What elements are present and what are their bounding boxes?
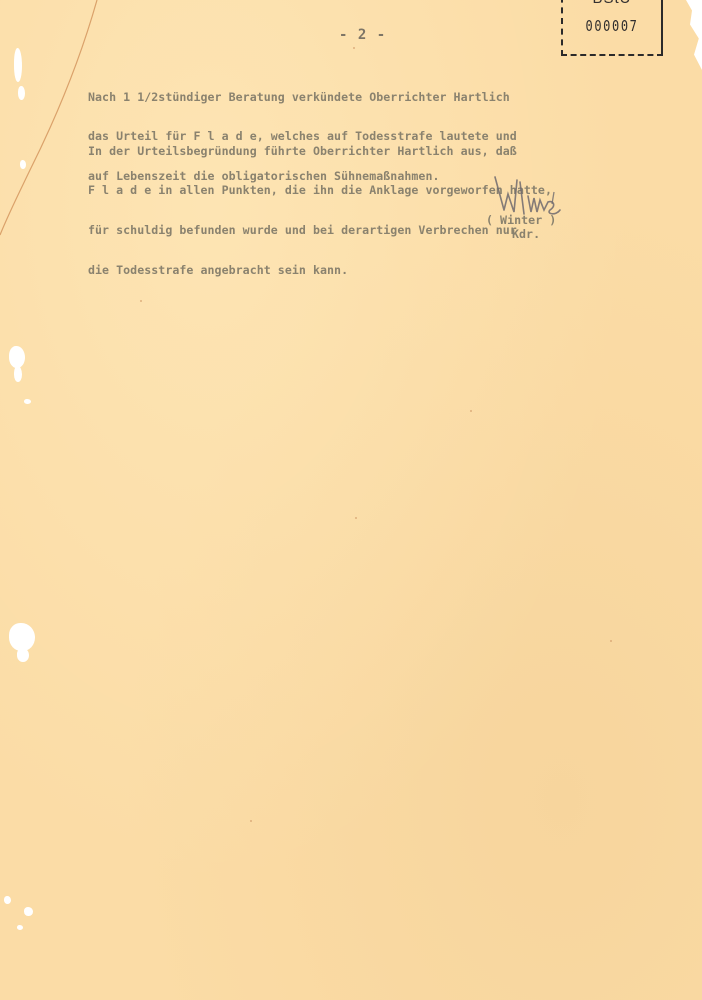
- text-line: für schuldig befunden wurde und bei dera…: [88, 224, 552, 237]
- text-line: die Todesstrafe angebracht sein kann.: [88, 264, 552, 277]
- punch-hole: [24, 907, 33, 916]
- punch-hole: [9, 346, 25, 368]
- text-line: In der Urteilsbegründung führte Oberrich…: [88, 145, 552, 158]
- punch-hole: [14, 366, 22, 382]
- paper-speck: [470, 410, 472, 412]
- punch-hole: [17, 925, 23, 930]
- stamp-number: 000007: [573, 17, 651, 35]
- signatory-name: ( Winter ): [486, 214, 556, 227]
- paper-speck: [140, 300, 142, 302]
- torn-corner: [662, 0, 702, 70]
- punch-hole: [14, 48, 22, 82]
- archive-stamp: BStU 000007: [561, 0, 663, 56]
- punch-hole: [9, 623, 35, 651]
- document-page: BStU 000007 - 2 - Nach 1 1/2stündiger Be…: [0, 0, 702, 1000]
- punch-hole: [18, 86, 25, 100]
- punch-hole: [24, 399, 31, 404]
- paper-speck: [610, 640, 612, 642]
- punch-hole: [20, 160, 26, 169]
- paper-speck: [353, 47, 355, 49]
- paragraph-reasoning: In der Urteilsbegründung führte Oberrich…: [88, 118, 552, 304]
- punch-hole: [17, 648, 29, 662]
- text-line: Nach 1 1/2stündiger Beratung verkündete …: [88, 91, 517, 104]
- page-number: - 2 -: [339, 27, 386, 43]
- signatory-title: Kdr.: [512, 228, 540, 241]
- text-line: F l a d e in allen Punkten, die ihn die …: [88, 184, 552, 197]
- stamp-label: BStU: [563, 0, 661, 7]
- paper-speck: [355, 517, 357, 519]
- punch-hole: [4, 896, 11, 904]
- paper-speck: [250, 820, 252, 822]
